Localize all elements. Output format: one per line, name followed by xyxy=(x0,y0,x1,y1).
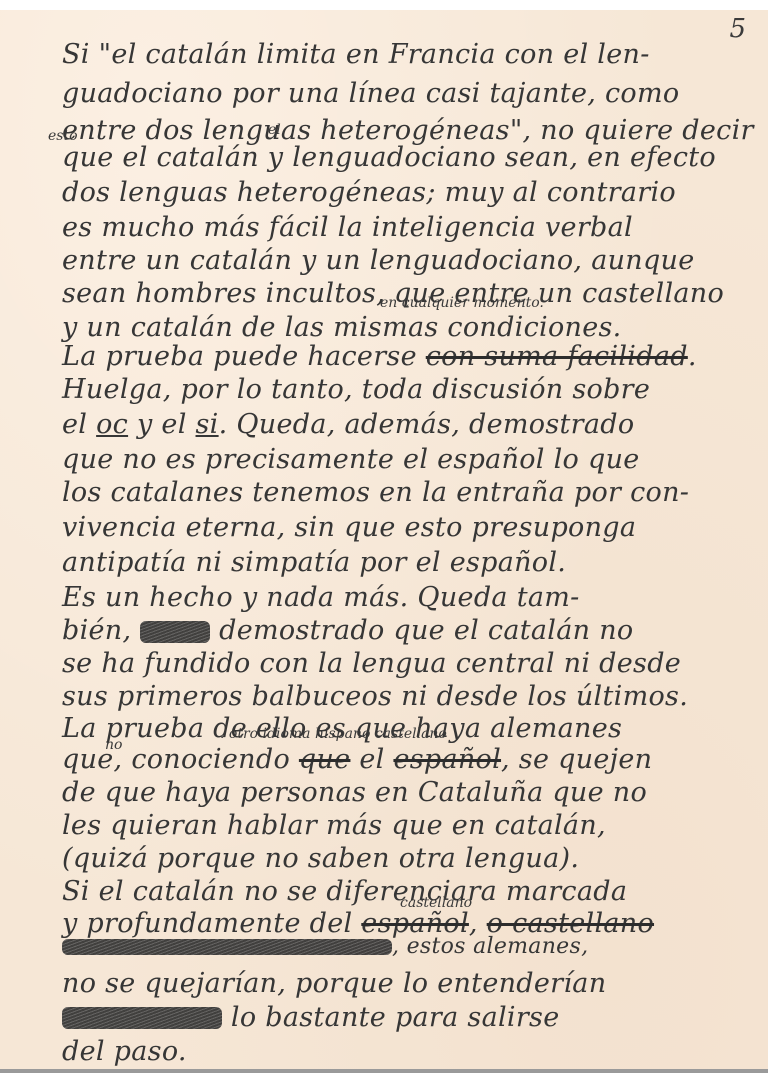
text-line-5: dos lenguas heterogéneas; muy al contrar… xyxy=(62,179,744,206)
text-fragment: el xyxy=(62,409,96,440)
period: . xyxy=(688,341,697,372)
text-line-25: (quizá porque no saben otra lengua). xyxy=(62,845,744,872)
text-line-14: los catalanes tenemos en la entraña por … xyxy=(62,479,744,506)
text-fragment: y profundamente del xyxy=(62,908,361,939)
text-fragment: . Queda, además, demostrado xyxy=(219,409,635,440)
text-fragment: bién, xyxy=(62,615,140,646)
text-line-7: entre un catalán y un lenguadociano, aun… xyxy=(62,247,744,274)
text-line-18: bién, demostrado que el catalán no xyxy=(62,617,744,644)
text-fragment: demostrado que el catalán no xyxy=(210,615,633,646)
text-line-20: sus primeros balbuceos ni desde los últi… xyxy=(62,683,744,710)
underlined-si: si xyxy=(196,409,219,440)
text-line-17: Es un hecho y nada más. Queda tam- xyxy=(62,584,744,611)
insertion-el: el xyxy=(268,122,281,138)
text-line-31: del paso. xyxy=(62,1038,744,1065)
text-line-19: se ha fundido con la lengua central ni d… xyxy=(62,650,744,677)
scribbled-out-word xyxy=(62,1007,222,1029)
text-line-15: vivencia eterna, sin que esto presuponga xyxy=(62,514,744,541)
text-line-6: es mucho más fácil la inteligencia verba… xyxy=(62,214,744,241)
text-line-1: Si "el catalán limita en Francia con el … xyxy=(62,41,744,68)
text-line-9: y un catalán de las mismas condiciones. xyxy=(62,314,744,341)
letter-page: 5 Si "el catalán limita en Francia con e… xyxy=(0,10,768,1073)
struck-con-suma-facilidad: con suma facilidad xyxy=(426,341,688,372)
text-line-2: guadociano por una línea casi tajante, c… xyxy=(62,80,744,107)
text-line-16: antipatía ni simpatía por el español. xyxy=(62,549,744,576)
insertion-en-cualquier-momento: en cualquier momento. xyxy=(380,295,544,311)
scribbled-out-word xyxy=(140,621,210,643)
struck-espanol: español xyxy=(393,744,501,775)
text-line-30: lo bastante para salirse xyxy=(62,1004,744,1031)
text-line-3: entre dos lenguas heterogéneas", no quie… xyxy=(62,117,744,144)
insertion-otro-idioma: . otro idioma hispano castellano xyxy=(220,726,447,742)
text-fragment: , estos alemanes, xyxy=(392,934,588,959)
underlined-oc: oc xyxy=(96,409,128,440)
text-line-29: no se quejarían, porque lo entenderían xyxy=(62,970,744,997)
text-line-24: les quieran hablar más que en catalán, xyxy=(62,812,744,839)
text-line-13: que no es precisamente el español lo que xyxy=(62,446,744,473)
text-line-10-main: La prueba puede hacerse xyxy=(62,341,426,372)
scribbled-out-phrase xyxy=(62,939,392,955)
text-fragment: que, conociendo xyxy=(62,744,299,775)
page-number: 5 xyxy=(729,14,746,44)
text-fragment: lo bastante para salirse xyxy=(222,1002,559,1033)
text-fragment: , se quejen xyxy=(501,744,652,775)
text-line-11: Huelga, por lo tanto, toda discusión sob… xyxy=(62,376,744,403)
struck-que: que xyxy=(299,744,351,775)
text-line-22: que, conociendo que el español, se queje… xyxy=(62,746,744,773)
text-line-10: La prueba puede hacerse con suma facilid… xyxy=(62,343,697,370)
text-line-28: , estos alemanes, xyxy=(62,936,744,958)
text-fragment: el xyxy=(350,744,393,775)
text-line-12: el oc y el si. Queda, además, demostrado xyxy=(62,411,744,438)
text-fragment: y el xyxy=(128,409,195,440)
text-line-23: de que haya personas en Cataluña que no xyxy=(62,779,744,806)
text-line-4: que el catalán y lenguadociano sean, en … xyxy=(62,144,744,171)
